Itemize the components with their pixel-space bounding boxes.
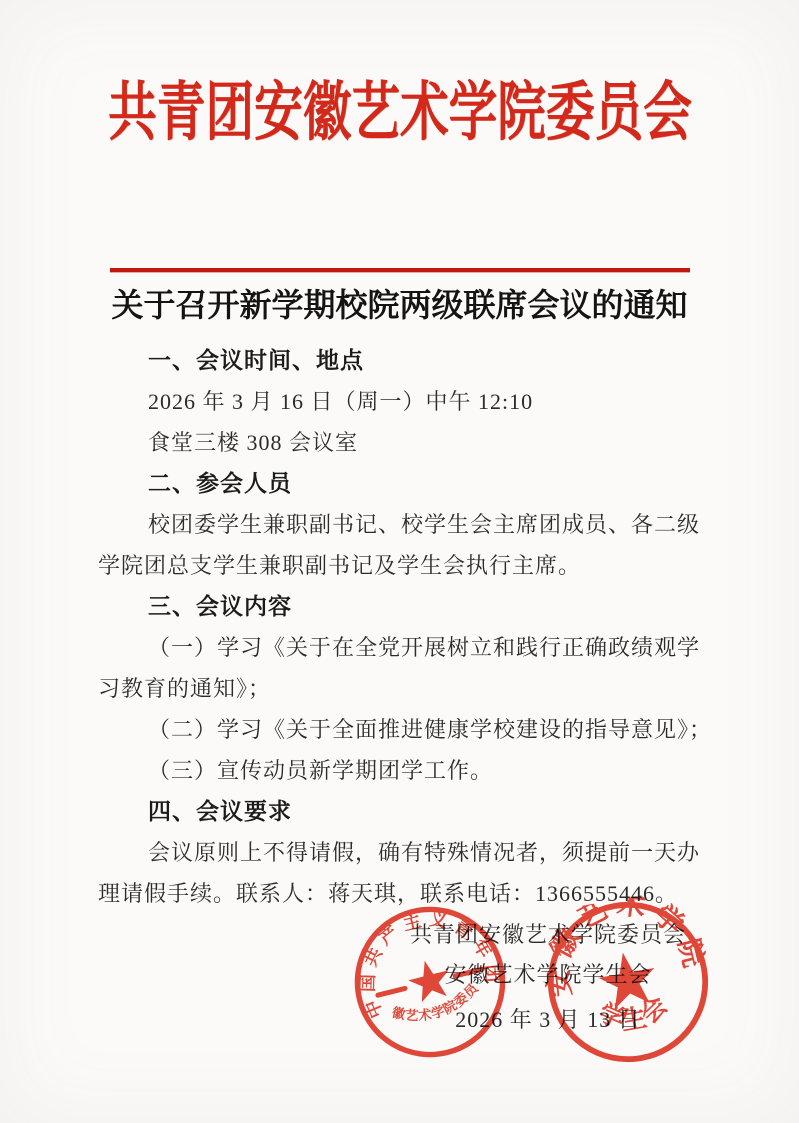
body-line: （二）学习《关于全面推进健康学校建设的指导意见》；	[98, 709, 707, 750]
body-line: （三）宣传动员新学期团学工作。	[98, 750, 707, 791]
document-page: 共青团安徽艺术学院委员会 关于召开新学期校院两级联席会议的通知 一、会议时间、地…	[0, 0, 799, 1123]
section-heading: 二、参会人员	[98, 463, 707, 504]
body-line: 会议原则上不得请假，确有特殊情况者，须提前一天办	[98, 832, 707, 873]
document-body: 一、会议时间、地点 2026 年 3 月 16 日（周一）中午 12:10 食堂…	[0, 340, 799, 914]
letterhead: 共青团安徽艺术学院委员会	[0, 0, 799, 150]
body-line: 2026 年 3 月 16 日（周一）中午 12:10	[98, 381, 707, 422]
body-line: 学院团总支学生兼职副书记及学生会执行主席。	[98, 545, 707, 586]
document-title: 关于召开新学期校院两级联席会议的通知	[0, 286, 799, 324]
section-heading: 三、会议内容	[98, 586, 707, 627]
section-heading: 四、会议要求	[98, 791, 707, 832]
star-icon	[405, 956, 455, 1004]
body-line: （一）学习《关于在全党开展树立和践行正确政绩观学	[98, 627, 707, 668]
red-divider-line	[110, 268, 690, 272]
body-line: 食堂三楼 308 会议室	[98, 422, 707, 463]
letterhead-title: 共青团安徽艺术学院委员会	[108, 76, 692, 150]
official-seal-right: 安徽艺术学院 学生会	[532, 886, 724, 1078]
body-line: 校团委学生兼职副书记、校学生会主席团成员、各二级	[98, 504, 707, 545]
section-heading: 一、会议时间、地点	[98, 340, 707, 381]
seal-dash-left	[375, 985, 408, 998]
body-line: 习教育的通知》；	[98, 668, 707, 709]
seal-dash-right	[452, 966, 485, 979]
